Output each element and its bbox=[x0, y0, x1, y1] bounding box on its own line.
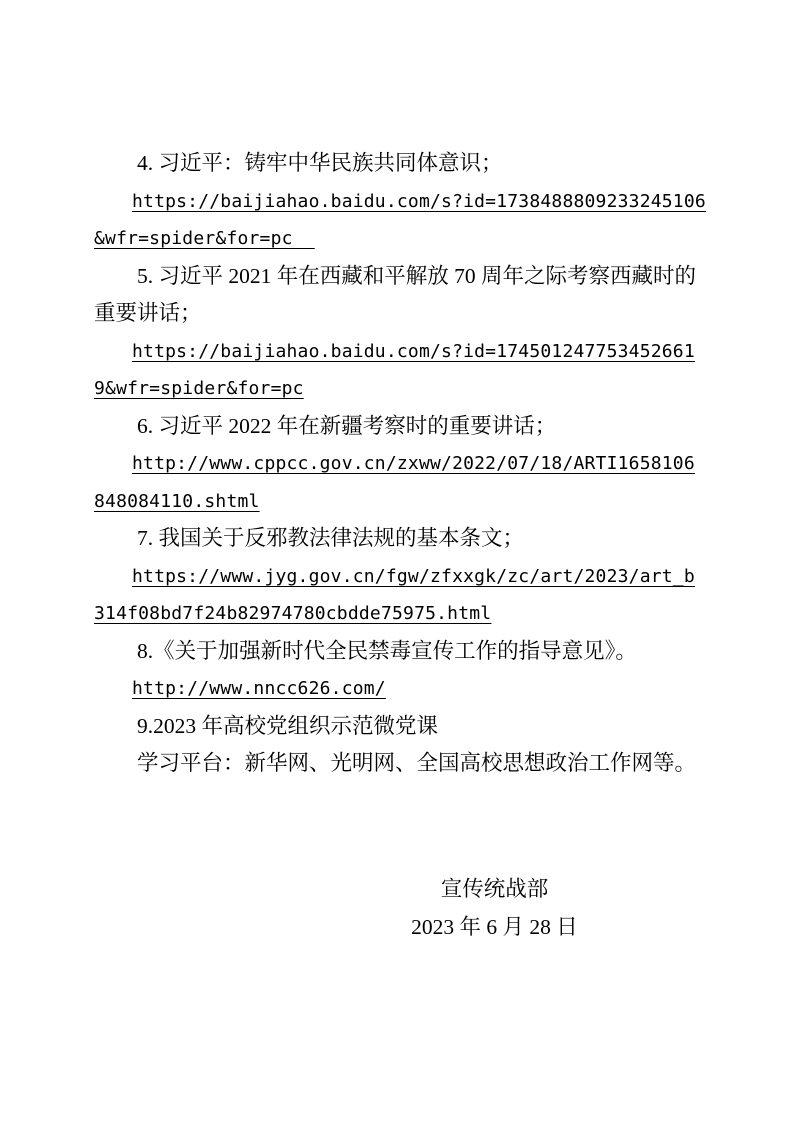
url-line: &wfr=spider&for=pc bbox=[94, 220, 706, 258]
hyperlink[interactable]: &wfr=spider&for=pc bbox=[94, 228, 315, 249]
hyperlink[interactable]: 848084110.shtml bbox=[94, 491, 260, 512]
document-footer: 宣传统战部 2023 年 6 月 28 日 bbox=[194, 871, 794, 946]
url-line: https://baijiahao.baidu.com/s?id=1745012… bbox=[94, 333, 706, 371]
date: 2023 年 6 月 28 日 bbox=[194, 909, 794, 947]
document-line: 9.2023 年高校党组织示范微党课 bbox=[94, 708, 706, 746]
hyperlink[interactable]: 314f08bd7f24b82974780cbdde75975.html bbox=[94, 603, 491, 624]
url-line: 314f08bd7f24b82974780cbdde75975.html bbox=[94, 595, 706, 633]
url-line: https://www.jyg.gov.cn/fgw/zfxxgk/zc/art… bbox=[94, 558, 706, 596]
url-line: https://baijiahao.baidu.com/s?id=1738488… bbox=[94, 183, 706, 221]
document-page: 4. 习近平：铸牢中华民族共同体意识；https://baijiahao.bai… bbox=[0, 0, 794, 1123]
hyperlink[interactable]: http://www.cppcc.gov.cn/zxww/2022/07/18/… bbox=[132, 453, 695, 474]
document-line: 7. 我国关于反邪教法律法规的基本条文； bbox=[94, 520, 706, 558]
document-line: 学习平台：新华网、光明网、全国高校思想政治工作网等。 bbox=[94, 745, 706, 783]
document-line: 重要讲话； bbox=[94, 295, 706, 333]
hyperlink[interactable]: https://baijiahao.baidu.com/s?id=1745012… bbox=[132, 341, 695, 362]
document-line: 8.《关于加强新时代全民禁毒宣传工作的指导意见》。 bbox=[94, 633, 706, 671]
hyperlink[interactable]: https://baijiahao.baidu.com/s?id=1738488… bbox=[132, 191, 706, 212]
document-line: 6. 习近平 2022 年在新疆考察时的重要讲话； bbox=[94, 408, 706, 446]
hyperlink[interactable]: http://www.nncc626.com/ bbox=[132, 678, 386, 699]
document-line: 5. 习近平 2021 年在西藏和平解放 70 周年之际考察西藏时的 bbox=[94, 258, 706, 296]
hyperlink[interactable]: 9&wfr=spider&for=pc bbox=[94, 378, 304, 399]
hyperlink[interactable]: https://www.jyg.gov.cn/fgw/zfxxgk/zc/art… bbox=[132, 566, 695, 587]
url-line: 848084110.shtml bbox=[94, 483, 706, 521]
document-line: 4. 习近平：铸牢中华民族共同体意识； bbox=[94, 145, 706, 183]
signature: 宣传统战部 bbox=[194, 871, 794, 909]
url-line: http://www.cppcc.gov.cn/zxww/2022/07/18/… bbox=[94, 445, 706, 483]
document-body: 4. 习近平：铸牢中华民族共同体意识；https://baijiahao.bai… bbox=[94, 145, 706, 783]
url-line: 9&wfr=spider&for=pc bbox=[94, 370, 706, 408]
url-line: http://www.nncc626.com/ bbox=[94, 670, 706, 708]
